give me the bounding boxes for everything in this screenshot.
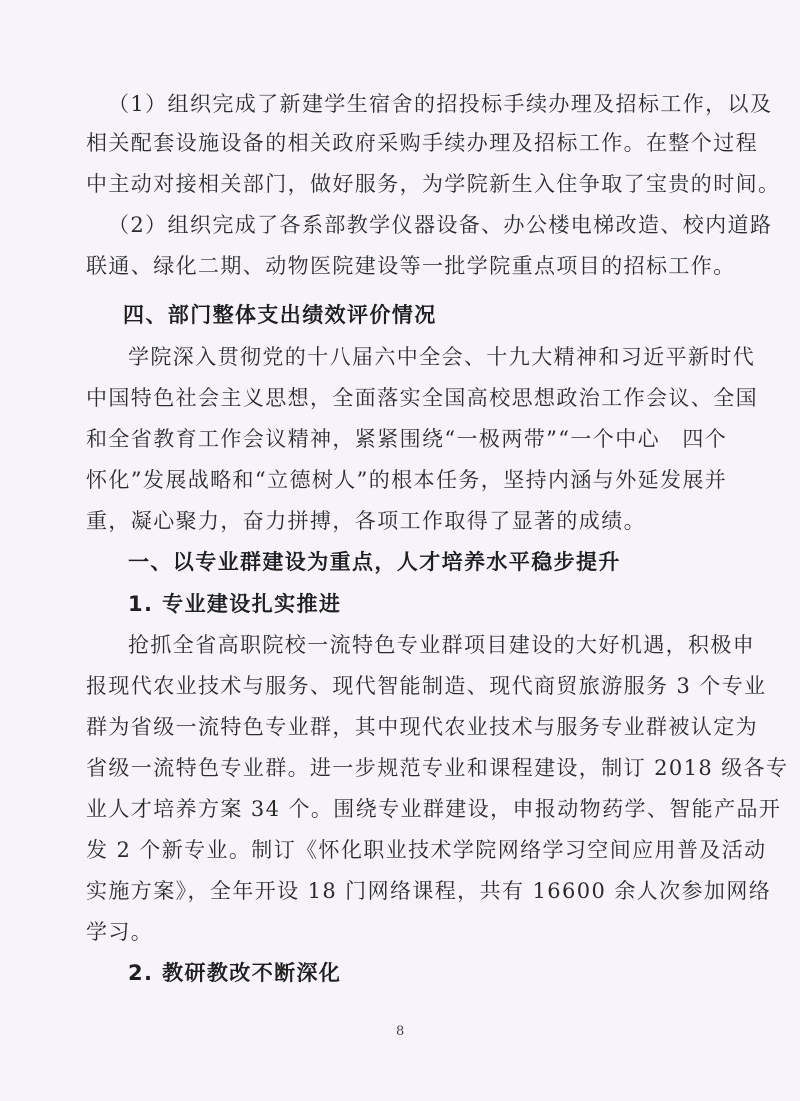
section-heading: 一、以专业群建设为重点，人才培养水平稳步提升	[128, 550, 621, 574]
paragraph-line: 报现代农业技术与服务、现代智能制造、现代商贸旅游服务 3 个专业	[86, 674, 767, 698]
paragraph-line: 抢抓全省高职院校一流特色专业群项目建设的大好机遇，积极申	[128, 633, 755, 657]
paragraph-line: 省级一流特色专业群。进一步规范专业和课程建设，制订 2018 级各专	[86, 756, 788, 780]
section-heading: 四、部门整体支出绩效评价情况	[123, 303, 437, 327]
paragraph-line: 联通、绿化二期、动物医院建设等一批学院重点项目的招标工作。	[86, 254, 736, 278]
paragraph-line: （1）组织完成了新建学生宿舍的招投标手续办理及招标工作，以及	[108, 92, 772, 116]
paragraph-line: 和全省教育工作会议精神，紧紧围绕“一极两带”“一个中心 四个	[86, 427, 727, 451]
page-number: 8	[396, 1024, 404, 1039]
paragraph-line: 发 2 个新专业。制订《怀化职业技术学院网络学习空间应用普及活动	[86, 838, 767, 862]
section-heading: 1. 专业建设扎实推进	[128, 592, 341, 616]
paragraph-line: 群为省级一流特色专业群，其中现代农业技术与服务专业群被认定为	[86, 715, 758, 739]
paragraph-line: 学院深入贯彻党的十八届六中全会、十九大精神和习近平新时代	[128, 345, 755, 369]
paragraph-line: 中国特色社会主义思想，全面落实全国高校思想政治工作会议、全国	[86, 386, 758, 410]
document-page: （1）组织完成了新建学生宿舍的招投标手续办理及招标工作，以及相关配套设施设备的相…	[0, 0, 800, 1101]
paragraph-line: 怀化”发展战略和“立德树人”的根本任务，坚持内涵与外延发展并	[86, 468, 727, 492]
paragraph-line: 学习。	[86, 920, 153, 944]
section-heading: 2. 教研教改不断深化	[128, 961, 341, 985]
paragraph-line: 重，凝心聚力，奋力拼搏，各项工作取得了显著的成绩。	[86, 509, 646, 533]
paragraph-line: （2）组织完成了各系部教学仪器设备、办公楼电梯改造、校内道路	[108, 213, 772, 237]
paragraph-line: 中主动对接相关部门，做好服务，为学院新生入住争取了宝贵的时间。	[86, 172, 780, 196]
paragraph-line: 相关配套设施设备的相关政府采购手续办理及招标工作。在整个过程	[86, 131, 758, 155]
paragraph-line: 实施方案》，全年开设 18 门网络课程，共有 16600 余人次参加网络	[86, 879, 771, 903]
paragraph-line: 业人才培养方案 34 个。围绕专业群建设，申报动物药学、智能产品开	[86, 797, 781, 821]
